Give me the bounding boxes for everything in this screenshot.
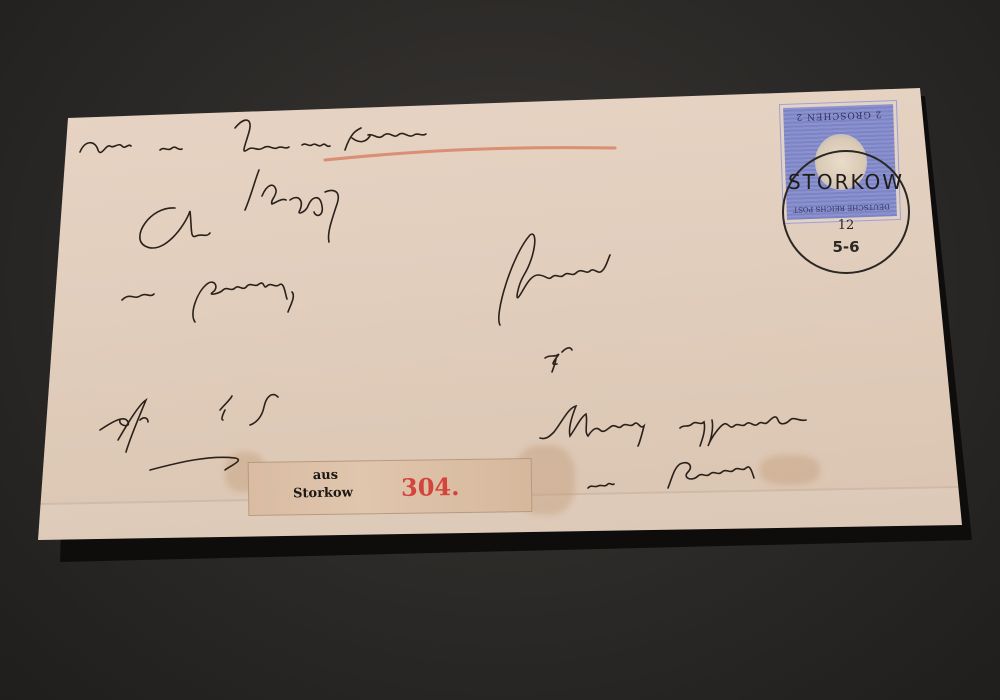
registration-label-prefix: aus [313,468,338,483]
registration-label: aus Storkow 304. [248,458,533,516]
registration-label-town: Storkow [293,486,353,502]
postmark-time: 5-6 [784,238,908,256]
registration-number: 304. [401,472,460,502]
stamp-value-top: 2 GROSCHEN 2 [789,108,887,121]
postmark-town: STORKOW [784,170,908,194]
postmark-day: 12 [784,218,908,233]
postmark-cancel: STORKOW 12 5-6 [782,150,910,274]
